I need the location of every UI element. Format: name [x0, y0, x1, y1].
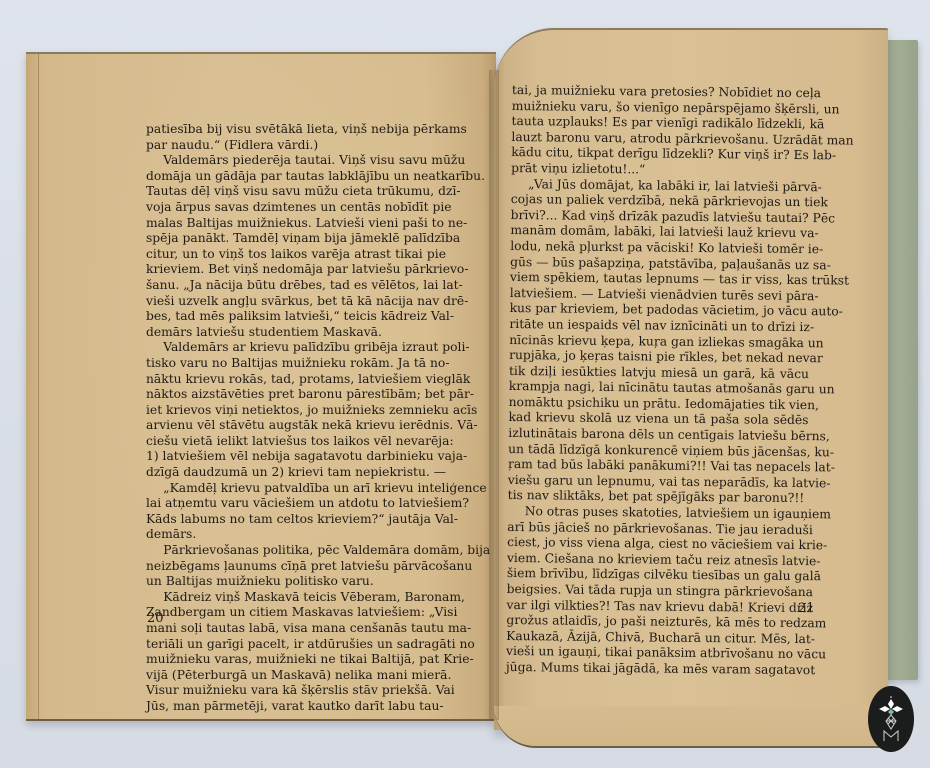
- text-line: Valdemārs ar krievu palīdzību gribēja iz…: [146, 340, 446, 356]
- watermark-logo: M: [868, 686, 914, 752]
- text-line: Kāds labums no tam celtos krieviem?“ jau…: [146, 512, 446, 528]
- page-number-left: 20: [147, 611, 164, 626]
- text-line: vieši uzvelk angļu svārkus, bet tā kā nā…: [146, 294, 446, 310]
- text-line: bes, tad mēs paliksim latvieši,“ teicis …: [146, 309, 446, 325]
- text-line: mani soļi tautas labā, visa mana cenšanā…: [146, 621, 446, 637]
- text-line: demārs.: [146, 527, 446, 543]
- text-line: Visur muižnieku vara kā šķērslis stāv pr…: [146, 683, 446, 699]
- text-line: dzīgā daudzumā un 2) krievi tam nepiekri…: [146, 465, 446, 481]
- open-book: patiesība bij visu svētākā lieta, viņš n…: [0, 0, 930, 768]
- text-line: Kādreiz viņš Maskavā teicis Vēberam, Bar…: [146, 590, 446, 606]
- text-line: nāktu krievu rokās, tad, protams, latvie…: [146, 372, 446, 388]
- text-line: arvienu vēl stāvētu augstāk nekā krievu …: [146, 418, 446, 434]
- text-line: ciešu vietā ielikt latviešus tos laikos …: [146, 434, 446, 450]
- text-line: Valdemārs piederēja tautai. Viņš visu sa…: [146, 153, 446, 169]
- text-line: 1) latviešiem vēl nebija sagatavotu darb…: [146, 449, 446, 465]
- text-line: spēja panākt. Tamdēļ viņam bija jāmeklē …: [146, 231, 446, 247]
- text-line: Zandbergam un citiem Maskavas latviešiem…: [146, 605, 446, 621]
- text-line: neizbēgams ļaunums cīņā pret latviešu pā…: [146, 559, 446, 575]
- right-page-text: tai, ja muižnieku vara pretosies? Nobīdi…: [506, 83, 812, 679]
- text-line: krieviem. Bet viņš nedomāja par latviešu…: [146, 262, 446, 278]
- text-line: teriāli un garīgi pacelt, ir atdūrušies …: [146, 637, 446, 653]
- left-page-text: patiesība bij visu svētākā lieta, viņš n…: [146, 122, 446, 715]
- text-line: vijā (Pēterburgā un Maskavā) nelika mani…: [146, 668, 446, 684]
- text-line: voja ārpus savas dzimtenes un centās nob…: [146, 200, 446, 216]
- text-line: patiesība bij visu svētākā lieta, viņš n…: [146, 122, 446, 138]
- text-line: par naudu.“ (Fidlera vārdi.): [146, 138, 446, 154]
- text-line: „Kamdēļ krievu patvaldība un arī krievu …: [146, 481, 446, 497]
- text-line: Pārkrievošanas politika, pēc Valdemāra d…: [146, 543, 446, 559]
- text-line: šanu. „Ja nācija būtu drēbes, tad es vēl…: [146, 278, 446, 294]
- text-line: domāja un gādāja par tautas labklājību u…: [146, 169, 446, 185]
- text-line: nāktos aizstāvēties pret baronu pārestīb…: [146, 387, 446, 403]
- text-line: lai atņemtu varu vāciešiem un atdotu to …: [146, 496, 446, 512]
- flower-star-m-logo-icon: [874, 693, 908, 745]
- text-line: citur, un to viņš tos laikos varēja atra…: [146, 247, 446, 263]
- text-line: tisko varu no Baltijas muižnieku rokām. …: [146, 356, 446, 372]
- book-gutter: [489, 70, 499, 720]
- page-number-right: 21: [798, 601, 815, 616]
- text-line: demārs latviešu studentiem Maskavā.: [146, 325, 446, 341]
- page-edge-stack: [26, 54, 39, 719]
- text-line: iet krievos viņi netiektos, jo muižnieks…: [146, 403, 446, 419]
- text-line: un Baltijas muižnieku politisko varu.: [146, 574, 446, 590]
- text-line: Tautas dēļ viņš visu savu mūžu cieta trū…: [146, 184, 446, 200]
- text-line: muižnieku varas, muižnieki ne tikai Balt…: [146, 652, 446, 668]
- text-line: jūga. Mums tikai jāgādā, ka mēs varam sa…: [506, 660, 806, 679]
- text-line: Jūs, man pārmetēji, varat kautko darīt l…: [146, 699, 446, 715]
- text-line: malas Baltijas muižniekus. Latvieši vien…: [146, 216, 446, 232]
